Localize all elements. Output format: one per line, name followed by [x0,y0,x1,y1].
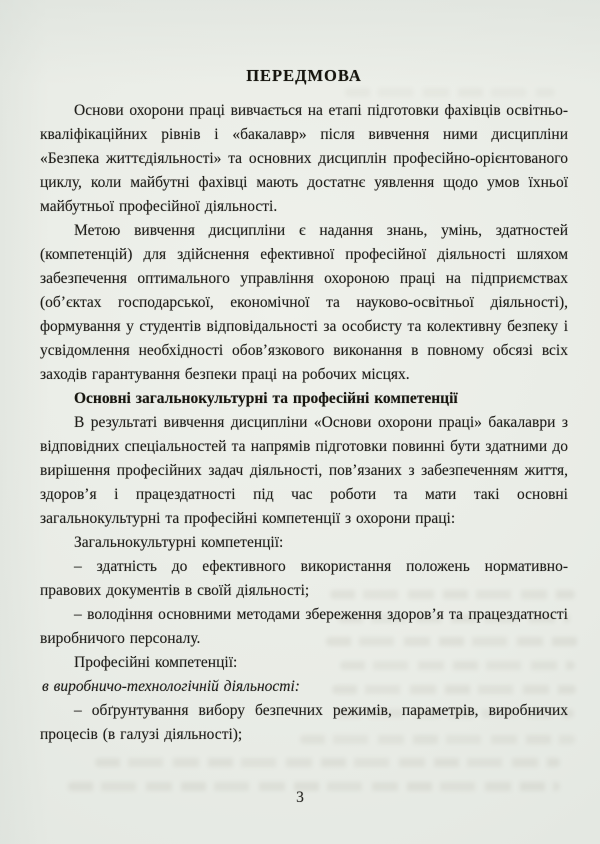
subheading-production-activity: в виробничо-технологічній діяльності: [40,675,568,699]
paragraph-result: В результаті вивчення дисципліни «Основи… [40,411,568,531]
page-number: 3 [0,789,600,807]
bullet-health-methods: – володіння основними методами збереженн… [40,603,568,651]
paragraph-purpose: Метою вивчення дисципліни є надання знан… [40,219,568,387]
bullet-safe-modes: – обґрунтування вибору безпечних режимів… [40,699,568,747]
ghost-showthrough-line [95,758,560,767]
scanned-book-page: ПЕРЕДМОВА Основи охорони праці вивчаєтьс… [0,0,600,844]
page-content: ПЕРЕДМОВА Основи охорони праці вивчаєтьс… [40,66,568,747]
bullet-normative-documents: – здатність до ефективного використання … [40,555,568,603]
section-heading-competences: Основні загальнокультурні та професійні … [40,387,568,411]
page-title: ПЕРЕДМОВА [40,66,568,86]
label-general-competences: Загальнокультурні компетенції: [40,531,568,555]
paragraph-intro: Основи охорони праці вивчається на етапі… [40,99,568,219]
label-professional-competences: Професійні компетенції: [40,651,568,675]
